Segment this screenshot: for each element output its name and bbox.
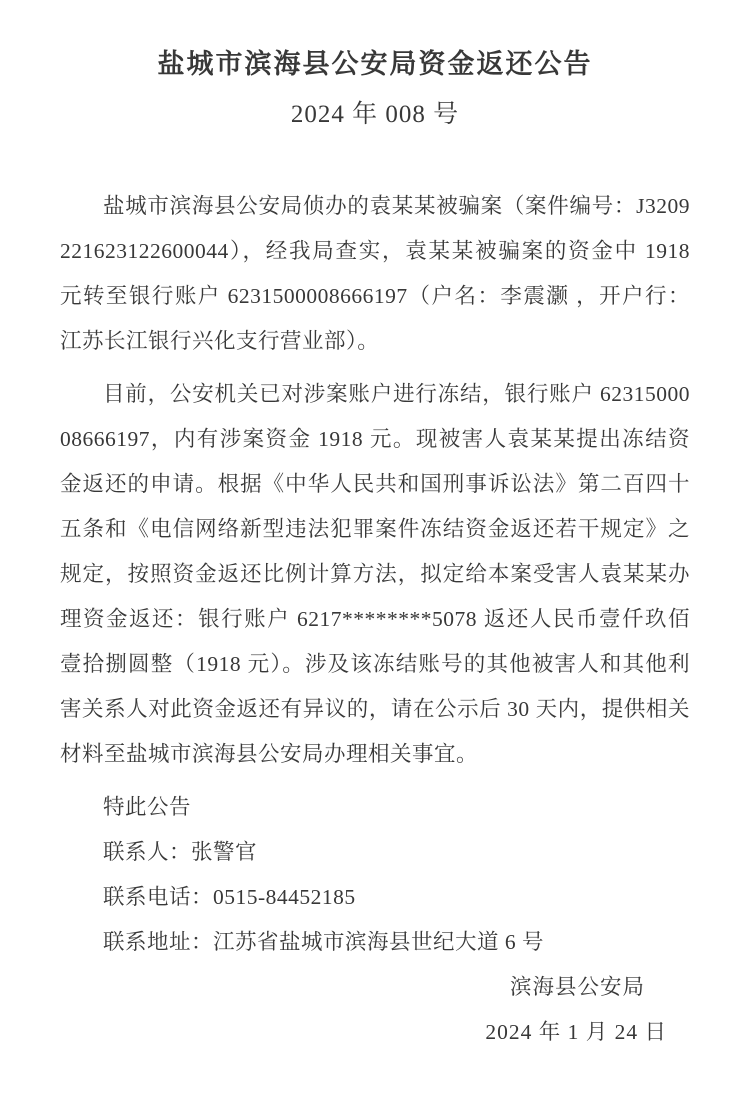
issuing-authority: 滨海县公安局 <box>60 965 690 1010</box>
paragraph-return-details: 目前，公安机关已对涉案账户进行冻结，银行账户 6231500008666197，… <box>60 372 690 777</box>
document-title: 盐城市滨海县公安局资金返还公告 <box>60 46 690 82</box>
paragraph-case-info: 盐城市滨海县公安局侦办的袁某某被骗案（案件编号：J320922162312260… <box>60 184 690 364</box>
signature-block: 滨海县公安局 2024 年 1 月 24 日 <box>60 965 690 1055</box>
issue-date: 2024 年 1 月 24 日 <box>60 1010 690 1055</box>
contact-phone: 联系电话：0515-84452185 <box>60 875 690 920</box>
contact-person: 联系人：张警官 <box>60 830 690 875</box>
contact-address: 联系地址：江苏省盐城市滨海县世纪大道 6 号 <box>60 920 690 965</box>
document-number: 2024 年 008 号 <box>60 98 690 132</box>
closing-statement: 特此公告 <box>60 785 690 830</box>
document-body: 盐城市滨海县公安局侦办的袁某某被骗案（案件编号：J320922162312260… <box>60 184 690 965</box>
announcement-page: 盐城市滨海县公安局资金返还公告 2024 年 008 号 盐城市滨海县公安局侦办… <box>0 0 750 1094</box>
